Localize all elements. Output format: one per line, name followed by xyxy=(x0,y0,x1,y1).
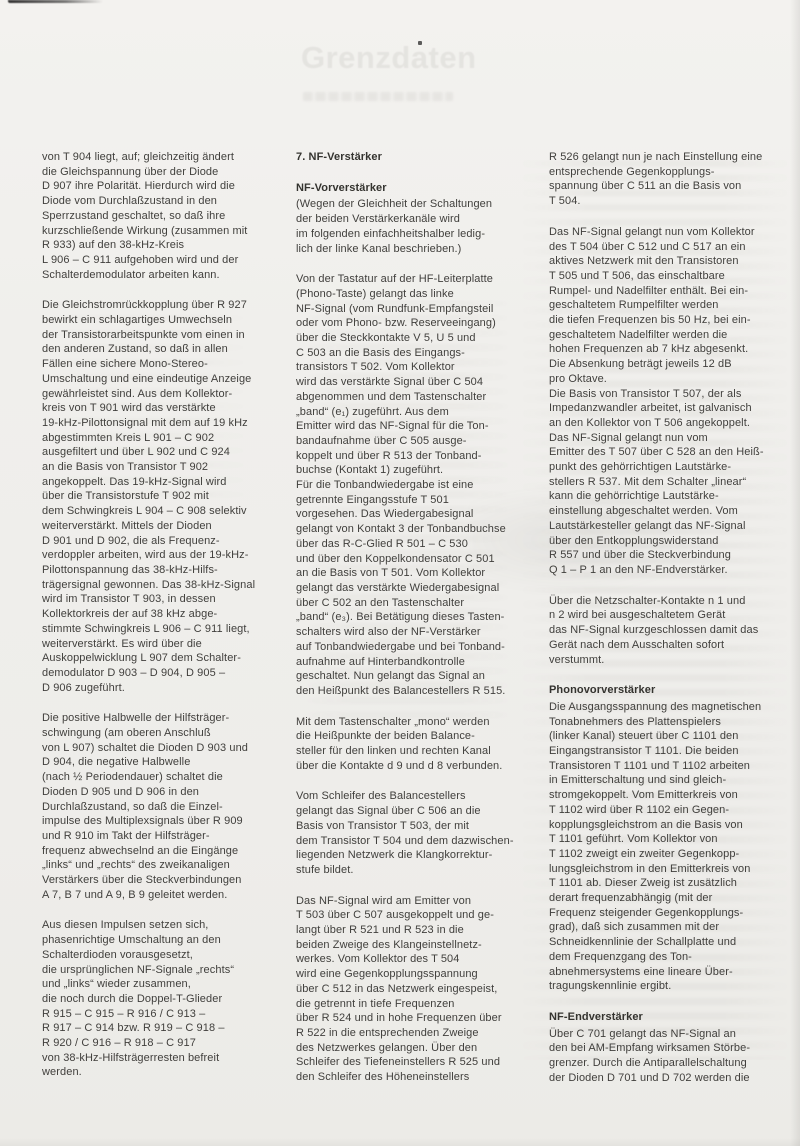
paragraph-balance-wiper: Vom Schleifer des Balancestellers gelang… xyxy=(296,789,531,877)
paragraph-tone-network: Das NF-Signal wird am Emitter von T 503 … xyxy=(296,894,531,1085)
column-middle: 7. NF-Verstärker NF-Vorverstärker (Wegen… xyxy=(296,150,531,1085)
scan-artifact-top-streak xyxy=(8,0,103,3)
paragraph-end-amplifier: Über C 701 gelangt das NF-Signal an den … xyxy=(549,1027,799,1086)
page-edge-shadow xyxy=(0,1138,800,1146)
subsection-heading-nf-vorverstaerker: NF-Vorverstärker xyxy=(296,181,531,196)
subsection-heading-phonovorverstaerker: Phonovorverstärker xyxy=(549,683,799,698)
subsection-heading-nf-endverstaerker: NF-Endverstärker xyxy=(549,1010,799,1025)
column-right: R 526 gelangt nun je nach Einstellung ei… xyxy=(549,150,799,1085)
paragraph-signal-path-input: Von der Tastatur auf der HF-Leiterplatte… xyxy=(296,272,531,698)
paragraph-mono-switch: Mit dem Tastenschalter „mono“ werden die… xyxy=(296,715,531,774)
paragraph-filters-loudness: Das NF-Signal gelangt nun vom Kollektor … xyxy=(549,225,799,578)
paragraph-demodulator-polarity: von T 904 liegt, auf; gleichzeitig änder… xyxy=(42,150,277,282)
paragraph-halfwave-switching: Die positive Halbwelle der Hilfsträger- … xyxy=(42,711,277,902)
column-left: von T 904 liegt, auf; gleichzeitig änder… xyxy=(42,150,277,1080)
page-show-through-subtitle xyxy=(303,92,453,101)
paragraph-mains-switch-contacts: Über die Netzschalter-Kontakte n 1 und n… xyxy=(549,594,799,668)
paragraph-dc-feedback-pilot-signal: Die Gleichstromrückkopplung über R 927 b… xyxy=(42,298,277,695)
page-show-through-title: Grenzdaten xyxy=(301,40,477,76)
paragraph-phono-preamp: Die Ausgangsspannung des magnetischen To… xyxy=(549,700,799,994)
paragraph-feedback-voltage: R 526 gelangt nun je nach Einstellung ei… xyxy=(549,150,799,209)
paragraph-doppel-t-glieder: Aus diesen Impulsen setzen sich, phasenr… xyxy=(42,918,277,1080)
paragraph-channel-note: (Wegen der Gleichheit der Schaltungen de… xyxy=(296,197,531,256)
scanned-service-manual-page: Grenzdaten von T 904 liegt, auf; gleichz… xyxy=(0,0,800,1146)
section-heading-nf-verstaerker: 7. NF-Verstärker xyxy=(296,150,531,165)
